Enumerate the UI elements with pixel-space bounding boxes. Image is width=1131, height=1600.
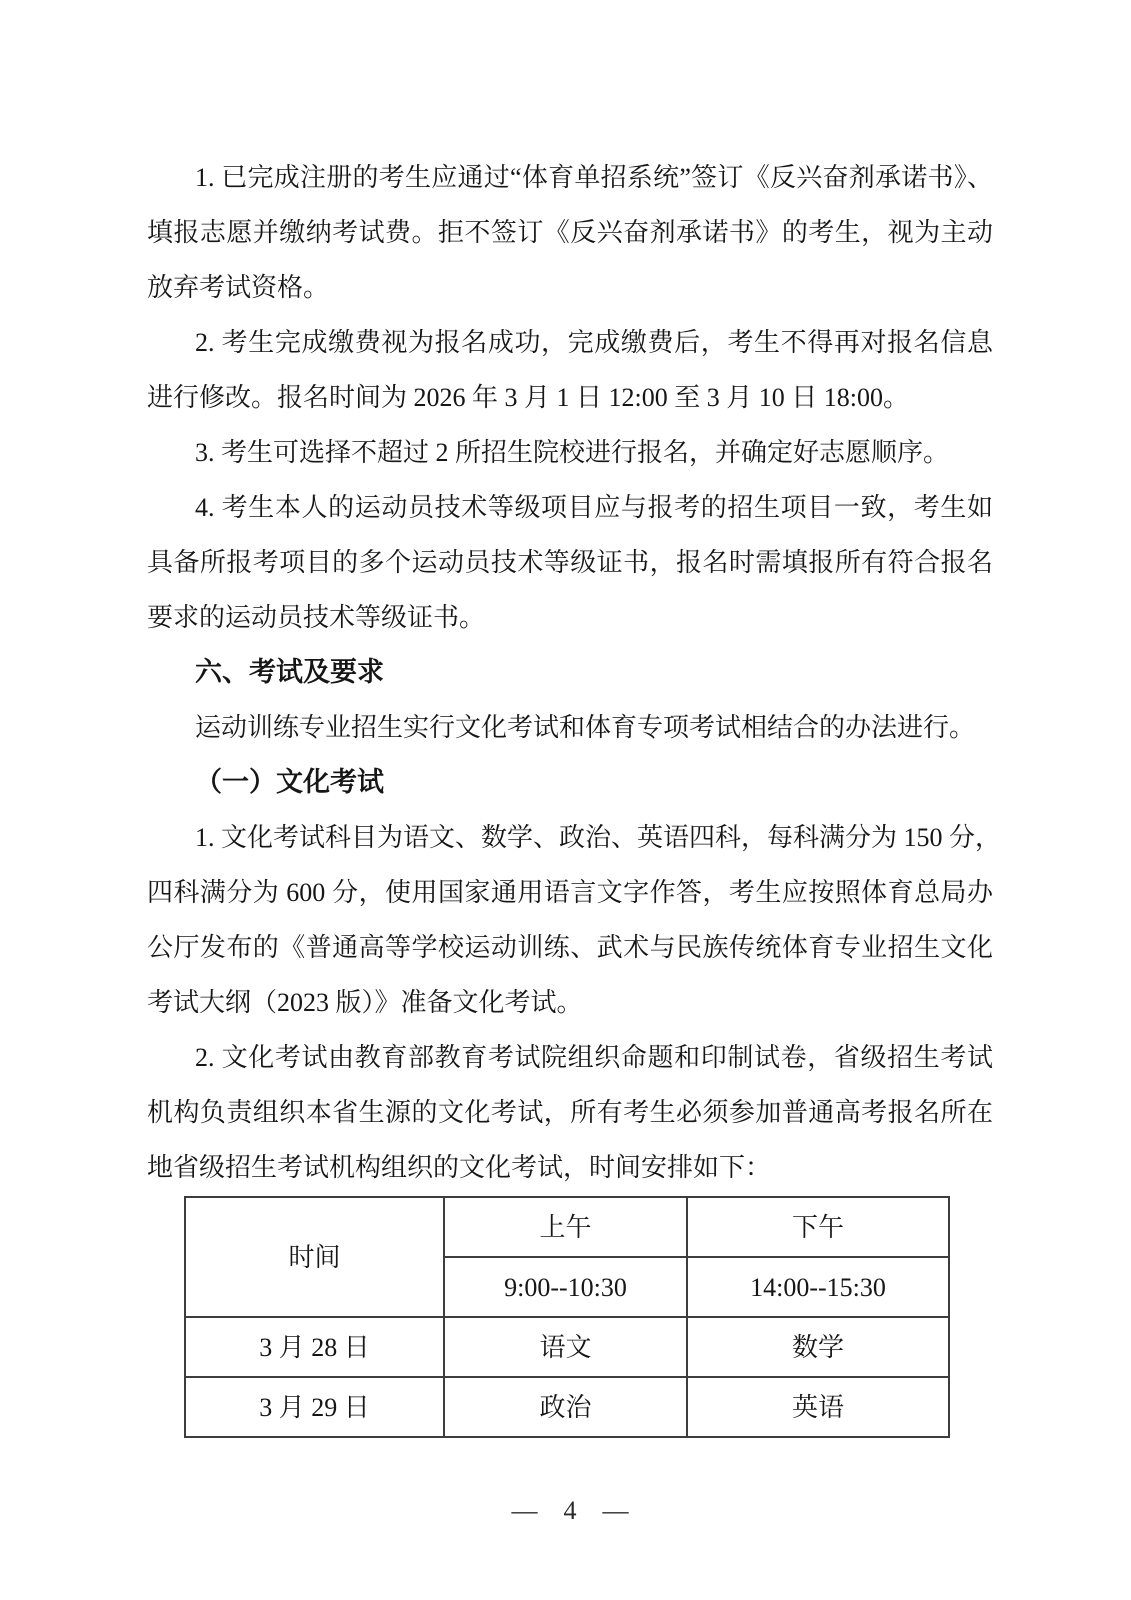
table-cell-subject: 数学 [687,1317,949,1377]
paragraph-line: 地省级招生考试机构组织的文化考试，时间安排如下： [147,1140,993,1195]
paragraph-line: 1. 已完成注册的考生应通过“体育单招系统”签订《反兴奋剂承诺书》、 [147,150,993,205]
paragraph-line: 填报志愿并缴纳考试费。拒不签订《反兴奋剂承诺书》的考生，视为主动 [147,205,993,260]
table-cell-subject: 语文 [444,1317,687,1377]
document-content: 1. 已完成注册的考生应通过“体育单招系统”签订《反兴奋剂承诺书》、 填报志愿并… [147,150,993,1538]
paragraph-line: 放弃考试资格。 [147,260,993,315]
paragraph-line: 要求的运动员技术等级证书。 [147,590,993,645]
paragraph-line: 四科满分为 600 分，使用国家通用语言文字作答，考生应按照体育总局办 [147,865,993,920]
table-row: 3 月 28 日 语文 数学 [185,1317,949,1377]
subsection-heading: （一）文化考试 [147,755,993,810]
paragraph-line: 1. 文化考试科目为语文、数学、政治、英语四科，每科满分为 150 分， [147,810,993,865]
table-cell-date: 3 月 29 日 [185,1377,444,1437]
table-row: 3 月 29 日 政治 英语 [185,1377,949,1437]
table-header-morning: 上午 [444,1197,687,1257]
table-afternoon-time: 14:00--15:30 [687,1257,949,1317]
paragraph-line: 2. 文化考试由教育部教育考试院组织命题和印制试卷，省级招生考试 [147,1030,993,1085]
paragraph-line: 机构负责组织本省生源的文化考试，所有考生必须参加普通高考报名所在 [147,1085,993,1140]
table-header-afternoon: 下午 [687,1197,949,1257]
paragraph-line: 3. 考生可选择不超过 2 所招生院校进行报名，并确定好志愿顺序。 [147,425,993,480]
paragraph-line: 运动训练专业招生实行文化考试和体育专项考试相结合的办法进行。 [147,700,993,755]
document-page: 1. 已完成注册的考生应通过“体育单招系统”签订《反兴奋剂承诺书》、 填报志愿并… [0,0,1131,1600]
exam-schedule-table: 时间 上午 下午 9:00--10:30 14:00--15:30 3 月 28… [184,1196,950,1438]
paragraph-line: 进行修改。报名时间为 2026 年 3 月 1 日 12:00 至 3 月 10… [147,370,993,425]
paragraph-line: 具备所报考项目的多个运动员技术等级证书，报名时需填报所有符合报名 [147,535,993,590]
table-cell-subject: 英语 [687,1377,949,1437]
table-header-row: 时间 上午 下午 [185,1197,949,1257]
paragraph-line: 公厅发布的《普通高等学校运动训练、武术与民族传统体育专业招生文化 [147,920,993,975]
paragraph-line: 4. 考生本人的运动员技术等级项目应与报考的招生项目一致，考生如 [147,480,993,535]
page-number: — 4 — [147,1483,993,1538]
table-header-time: 时间 [185,1197,444,1317]
table-morning-time: 9:00--10:30 [444,1257,687,1317]
table-cell-subject: 政治 [444,1377,687,1437]
section-heading: 六、考试及要求 [147,645,993,700]
table-cell-date: 3 月 28 日 [185,1317,444,1377]
paragraph-line: 考试大纲（2023 版）》准备文化考试。 [147,975,993,1030]
paragraph-line: 2. 考生完成缴费视为报名成功，完成缴费后，考生不得再对报名信息 [147,315,993,370]
